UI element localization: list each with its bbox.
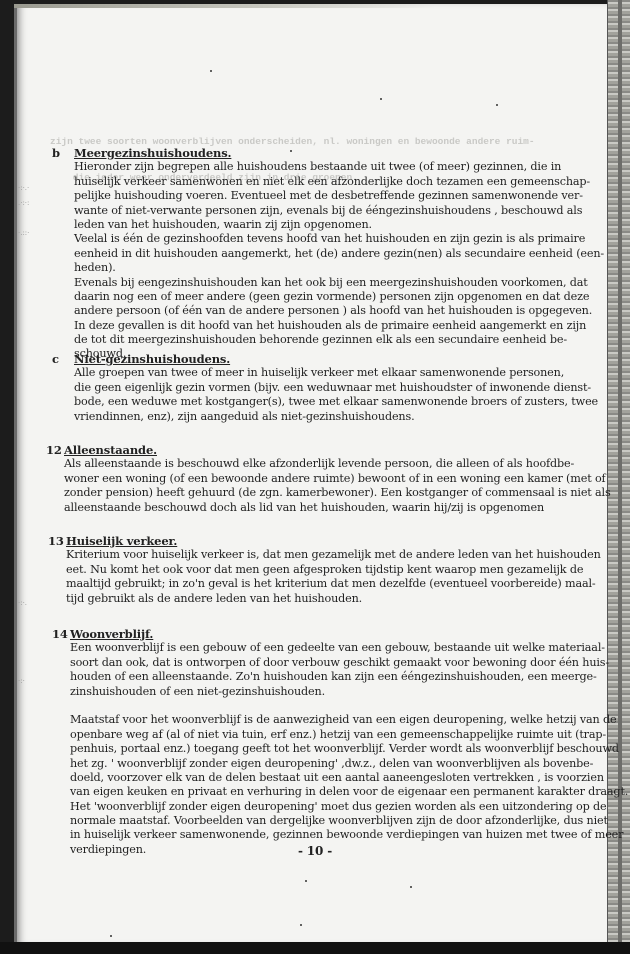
text-line: huiselijk verkeer samenwonen en niet elk… [74,175,614,189]
text-line: pelijke huishouding voeren. Eventueel me… [74,189,614,203]
text-line: openbare weg af (al of niet via tuin, er… [70,728,610,742]
text-line: alleenstaande beschouwd doch als lid van… [64,501,604,515]
text-line: Alle groepen van twee of meer in huiseli… [74,366,614,380]
page-number: - 10 - [0,844,630,858]
text-line: wante of niet-verwante personen zijn, ev… [74,204,614,218]
text-line: Kriterium voor huiselijk verkeer is, dat… [66,548,606,562]
text-line: Maatstaf voor het woonverblijf is de aan… [70,713,610,727]
section-body: Als alleenstaande is beschouwd elke afzo… [64,457,604,515]
section-title: Huiselijk verkeer. [66,534,177,548]
text-line: zinshuishouden of een niet-gezinshuishou… [70,685,610,699]
text-line: penhuis, portaal enz.) toegang geeft tot… [70,742,610,756]
text-line: in huiselijk verkeer samenwonende, gezin… [70,828,610,842]
text-line: heden). [74,261,614,275]
text-line: die geen eigenlijk gezin vormen (bijv. e… [74,381,614,395]
text-line: In deze gevallen is dit hoofd van het hu… [74,319,614,333]
section-number: 12 [46,443,62,457]
section-body: Kriterium voor huiselijk verkeer is, dat… [66,548,606,606]
text-line: soort dan ook, dat is ontworpen of door … [70,656,610,670]
section-number: c [52,352,59,366]
text-line: Als alleenstaande is beschouwd elke afzo… [64,457,604,471]
section-title: Alleenstaande. [64,443,157,457]
section-body: Alle groepen van twee of meer in huiseli… [74,366,614,424]
text-line: eet. Nu komt het ook voor dat men geen a… [66,563,606,577]
text-line: eenheid in dit huishouden aangemerkt, he… [74,247,614,261]
text-line: maaltijd gebruikt; in zo'n geval is het … [66,577,606,591]
text-line: andere persoon (of één van de andere per… [74,304,614,318]
text-line: daarin nog een of meer andere (geen gezi… [74,290,614,304]
text-line: Evenals bij eengezinshuishouden kan het … [74,276,614,290]
text-line: houden of een alleenstaande. Zo'n huisho… [70,670,610,684]
text-line: leden van het huishouden, waarin zij zij… [74,218,614,232]
paragraph-gap [70,699,610,713]
text-line: de tot dit meergezinshuishouden behorend… [74,333,614,347]
text-line: doeld, voorzover elk van de delen bestaa… [70,771,610,785]
section-number: b [52,146,60,160]
section-title: Meergezinshuishoudens. [74,146,231,160]
text-line: Het 'woonverblijf zonder eigen deuropeni… [70,800,610,814]
section-body: Een woonverblijf is een gebouw of een ge… [70,641,610,857]
text-line: bode, een weduwe met kostganger(s), twee… [74,395,614,409]
text-line: zonder pension) heeft gehuurd (de zgn. k… [64,486,604,500]
section-body: Hieronder zijn begrepen alle huishoudens… [74,160,614,361]
text-line: vriendinnen, enz), zijn aangeduid als ni… [74,410,614,424]
text-line: Veelal is één de gezinshoofden tevens ho… [74,232,614,246]
section-title: Niet-gezinshuishoudens. [74,352,230,366]
text-line: woner een woning (of een bewoonde andere… [64,472,604,486]
section-title: Woonverblijf. [70,627,153,641]
text-line: normale maatstaf. Voorbeelden van dergel… [70,814,610,828]
section-number: 14 [52,627,68,641]
text-line: het zg. ' woonverblijf zonder eigen deur… [70,757,610,771]
document-body: b Meergezinshuishoudens. Hieronder zijn … [0,0,630,954]
text-line: van eigen keuken en privaat en verhuring… [70,785,610,799]
text-line: tijd gebruikt als de andere leden van he… [66,592,606,606]
text-line: Een woonverblijf is een gebouw of een ge… [70,641,610,655]
text-line: Hieronder zijn begrepen alle huishoudens… [74,160,614,174]
section-number: 13 [48,534,64,548]
